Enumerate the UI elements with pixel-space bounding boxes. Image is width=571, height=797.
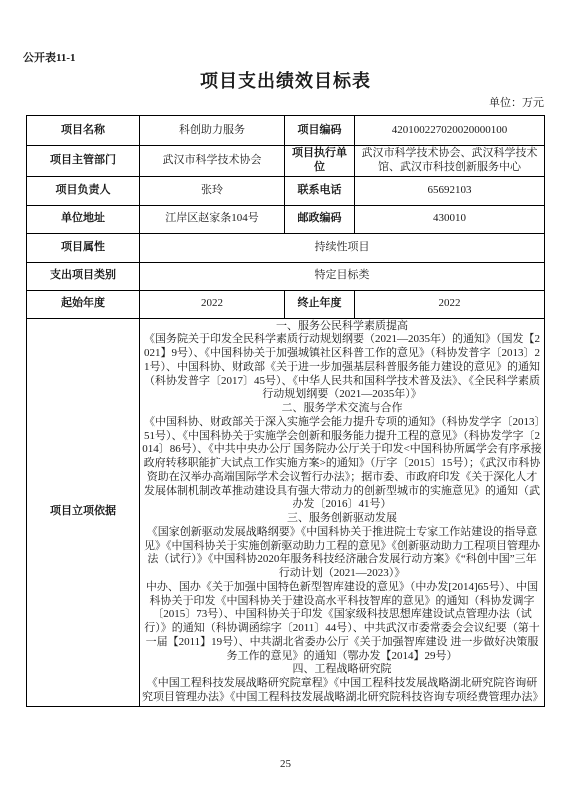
- unit-note: 单位：万元: [489, 94, 544, 110]
- label-project-name: 项目名称: [27, 116, 140, 146]
- value-end-year: 2022: [355, 290, 545, 318]
- label-expenditure-category: 支出项目类别: [27, 262, 140, 290]
- page-number: 25: [0, 758, 571, 770]
- label-executing-unit: 项目执行单位: [285, 146, 355, 177]
- label-contact-phone: 联系电话: [285, 176, 355, 205]
- value-postal-code: 430010: [355, 205, 545, 233]
- label-unit-address: 单位地址: [27, 205, 140, 233]
- page-title: 项目支出绩效目标表: [0, 67, 571, 93]
- value-project-code: 420100227020020000100: [355, 116, 545, 146]
- form-code: 公开表11-1: [23, 49, 76, 65]
- table-row: 项目主管部门 武汉市科学技术协会 项目执行单位 武汉市科学技术协会、武汉科学技术…: [27, 146, 545, 177]
- value-executing-unit: 武汉市科学技术协会、武汉科学技术馆、武汉市科技创新服务中心: [355, 146, 545, 177]
- value-contact-phone: 65692103: [355, 176, 545, 205]
- value-expenditure-category: 特定目标类: [140, 262, 545, 290]
- label-project-code: 项目编码: [285, 116, 355, 146]
- value-project-basis: 一、服务公民科学素质提高 《国务院关于印发全民科学素质行动规划纲要（2021—2…: [140, 318, 545, 706]
- table-row: 项目名称 科创助力服务 项目编码 420100227020020000100: [27, 116, 545, 146]
- label-end-year: 终止年度: [285, 290, 355, 318]
- table-row: 项目负责人 张玲 联系电话 65692103: [27, 176, 545, 205]
- label-project-leader: 项目负责人: [27, 176, 140, 205]
- label-supervising-department: 项目主管部门: [27, 146, 140, 177]
- value-project-attribute: 持续性项目: [140, 233, 545, 262]
- document-page: 公开表11-1 项目支出绩效目标表 单位：万元 项目名称 科创助力服务 项目编码…: [0, 0, 571, 797]
- value-start-year: 2022: [140, 290, 285, 318]
- label-project-basis: 项目立项依据: [27, 318, 140, 706]
- table-row: 单位地址 江岸区赵家条104号 邮政编码 430010: [27, 205, 545, 233]
- performance-target-table: 项目名称 科创助力服务 项目编码 420100227020020000100 项…: [26, 115, 545, 707]
- table-row: 项目属性 持续性项目: [27, 233, 545, 262]
- value-project-leader: 张玲: [140, 176, 285, 205]
- value-supervising-department: 武汉市科学技术协会: [140, 146, 285, 177]
- table-row: 项目立项依据 一、服务公民科学素质提高 《国务院关于印发全民科学素质行动规划纲要…: [27, 318, 545, 706]
- value-project-name: 科创助力服务: [140, 116, 285, 146]
- label-project-attribute: 项目属性: [27, 233, 140, 262]
- value-unit-address: 江岸区赵家条104号: [140, 205, 285, 233]
- label-start-year: 起始年度: [27, 290, 140, 318]
- table-row: 支出项目类别 特定目标类: [27, 262, 545, 290]
- label-postal-code: 邮政编码: [285, 205, 355, 233]
- table-row: 起始年度 2022 终止年度 2022: [27, 290, 545, 318]
